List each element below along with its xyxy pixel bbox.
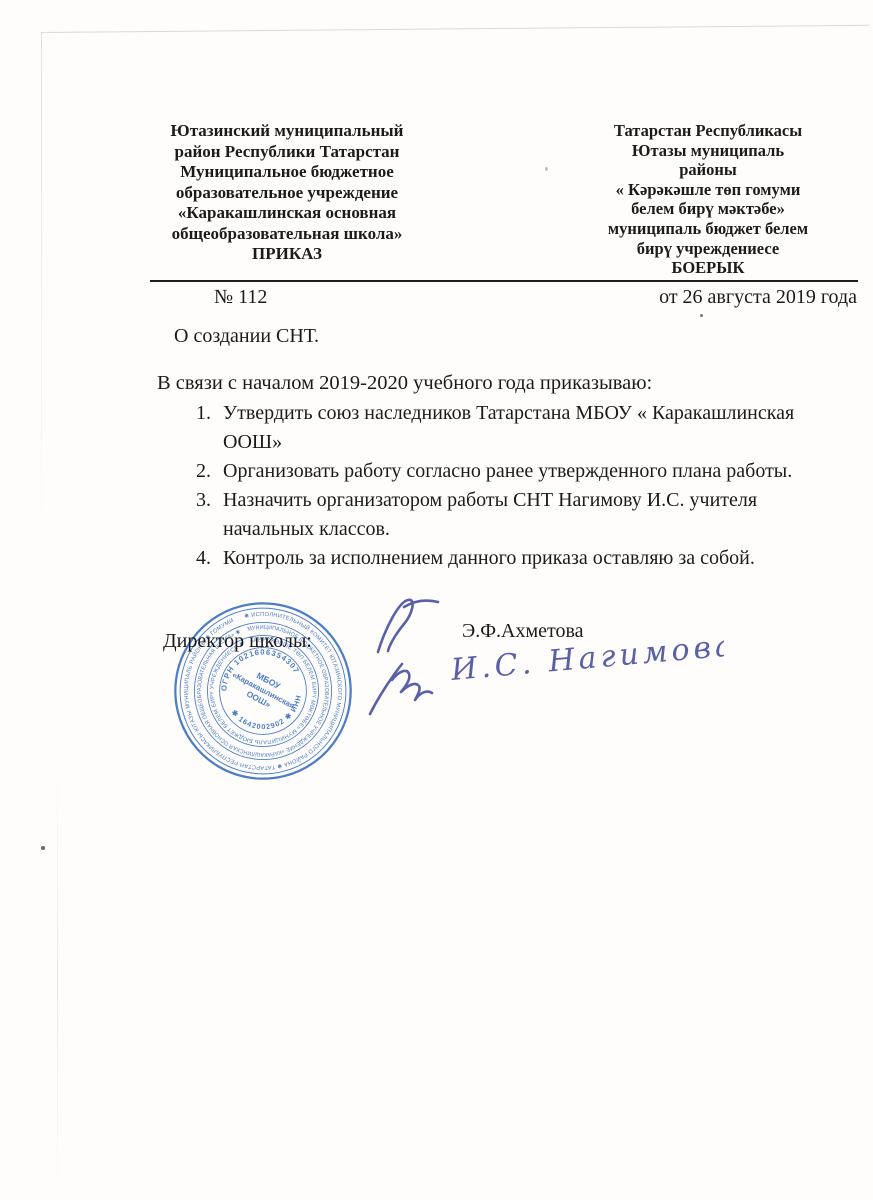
scanned-order-document: Ютазинский муниципальный район Республик… [0,0,873,1200]
order-item: 1. Утвердить союз наследников Татарстана… [196,399,836,457]
handwritten-signature: И.С. Нагимова [444,634,724,704]
letterhead-line: район Республики Татарстан [158,142,416,163]
paper-left-edge [41,32,42,552]
order-item: 4. Контроль за исполнением данного прика… [196,544,836,573]
letterhead-line: Муниципальное бюджетное [158,162,416,183]
order-item: 2. Организовать работу согласно ранее ут… [196,457,836,486]
handwritten-signature-text: И.С. Нагимова [449,634,724,688]
scribble-stroke [378,600,413,652]
letterhead-line: Татарстан Республикасы [558,121,858,141]
scribble-stroke [404,601,438,607]
scribble-stroke [370,664,432,714]
letterhead-line: муниципаль бюджет белем [558,219,858,239]
letterhead-line: районы [558,160,858,180]
item-number: 4. [196,544,223,573]
letterhead-line: образовательное учреждение [158,183,416,204]
order-number: № 112 [214,286,267,309]
item-text: Назначить организатором работы СНТ Нагим… [223,486,833,544]
letterhead-line: Ютазы муниципаль [558,141,858,161]
header-divider-line [150,280,858,282]
paper-left-edge-lower [57,760,58,1200]
order-intro: В связи с началом 2019-2020 учебного год… [157,372,652,395]
letterhead-russian: Ютазинский муниципальный район Республик… [158,121,416,265]
item-text: Утвердить союз наследников Татарстана МБ… [223,399,833,457]
scan-speck [545,167,548,171]
letterhead-tatar: Татарстан Республикасы Ютазы муниципаль … [558,121,858,278]
order-subject: О создании СНТ. [174,325,319,348]
item-text: Контроль за исполнением данного приказа … [223,544,833,573]
order-title-tatar: БОЕРЫК [558,258,858,278]
scan-speck [700,314,703,317]
letterhead-line: общеобразовательная школа» [158,224,416,245]
order-items-list: 1. Утвердить союз наследников Татарстана… [196,399,836,573]
item-number: 1. [196,399,223,457]
order-date: от 26 августа 2019 года [659,286,857,309]
order-title-russian: ПРИКАЗ [158,244,416,265]
item-text: Организовать работу согласно ранее утвер… [223,457,833,486]
letterhead-line: «Каракашлинская основная [158,203,416,224]
item-number: 3. [196,486,223,544]
letterhead-line: белем бирү мәктәбе» [558,199,858,219]
paper-top-edge [41,25,869,33]
official-round-stamp: ✱ ИСПОЛНИТЕЛЬНЫЙ КОМИТЕТ ЮТАЗИНСКОГО МУН… [171,599,355,783]
scan-speck [41,846,45,850]
order-item: 3. Назначить организатором работы СНТ На… [196,486,836,544]
item-number: 2. [196,457,223,486]
letterhead-line: « Кәрәкәшле төп гомуми [558,180,858,200]
letterhead-line: бирү учреждениесе [558,239,858,259]
letterhead-line: Ютазинский муниципальный [158,121,416,142]
